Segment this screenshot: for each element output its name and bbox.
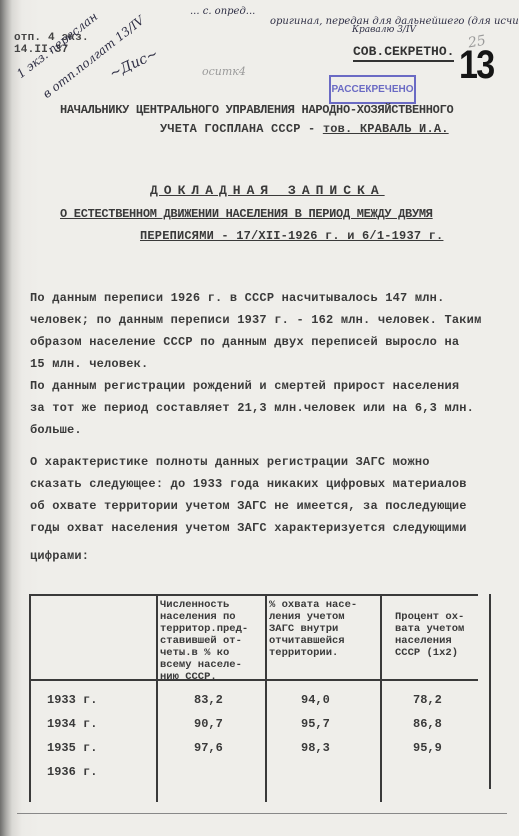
addressee-line1: НАЧАЛЬНИКУ ЦЕНТРАЛЬНОГО УПРАВЛЕНИЯ НАРОД…: [60, 103, 453, 117]
table-header-rule: [29, 679, 478, 681]
handwritten-top-line3: Кравалю 3/IV: [352, 25, 416, 35]
row-year: 1935 г.: [47, 741, 97, 755]
paragraph-2-line2: за тот же период составляет 21,3 млн.чел…: [30, 402, 474, 414]
row-year: 1936 г.: [47, 765, 97, 779]
table-header-zags-coverage: % охвата насе- ления учетом ЗАГС внутри …: [269, 599, 357, 659]
stamp-text: РАССЕКРЕЧЕНО: [331, 84, 413, 95]
paragraph-2-line1: По данным регистрации рождений и смертей…: [30, 380, 459, 392]
paragraph-3-line2: сказать следующее: до 1933 года никаких …: [30, 478, 467, 490]
paragraph-1-line2: человек; по данным переписи 1937 г. - 16…: [30, 314, 481, 326]
table-bottom-rule: [17, 813, 507, 814]
coverage-table: Численность населения по территор.пред- …: [29, 594, 478, 814]
row-territory-share: 97,6: [194, 741, 223, 755]
declassified-stamp: РАССЕКРЕЧЕНО: [329, 75, 416, 104]
classification-label: СОВ.СЕКРЕТНО.: [353, 44, 454, 62]
row-ussr-coverage: 78,2: [413, 693, 442, 707]
paragraph-3-line5: цифрами:: [30, 550, 89, 562]
addressee-name: тов. КРАВАЛЬ И.А.: [323, 122, 449, 136]
sheet-number: 13: [459, 43, 493, 88]
paragraph-1-line4: 15 млн. человек.: [30, 358, 148, 370]
row-year: 1934 г.: [47, 717, 97, 731]
row-zags-coverage: 95,7: [301, 717, 330, 731]
paragraph-1-line1: По данным переписи 1926 г. в СССР насчит…: [30, 292, 444, 304]
document-page: отп. 4 экз. 14.II.37 1 экз. переслан в о…: [0, 0, 519, 836]
row-ussr-coverage: 86,8: [413, 717, 442, 731]
document-subtitle-line1: О ЕСТЕСТВЕННОМ ДВИЖЕНИИ НАСЕЛЕНИЯ В ПЕРИ…: [60, 207, 433, 221]
table-vline-4: [380, 594, 382, 802]
document-subtitle-line2: ПЕРЕПИСЯМИ - 17/XII-1926 г. и 6/1-1937 г…: [140, 229, 443, 243]
addressee-line2: УЧЕТА ГОСПЛАНА СССР - тов. КРАВАЛЬ И.А.: [160, 122, 449, 136]
table-top-rule: [29, 594, 478, 596]
row-year: 1933 г.: [47, 693, 97, 707]
table-header-territory-share: Численность населения по территор.пред- …: [160, 599, 248, 683]
table-vline-1: [29, 594, 31, 802]
handwritten-signature: ~Дис~: [107, 46, 161, 82]
paragraph-2-line3: больше.: [30, 424, 82, 436]
row-zags-coverage: 98,3: [301, 741, 330, 755]
table-vline-5: [489, 594, 491, 789]
row-zags-coverage: 94,0: [301, 693, 330, 707]
paragraph-3-line1: О характеристике полноты данных регистра…: [30, 456, 430, 468]
paragraph-1-line3: образом население СССР по данным двух пе…: [30, 336, 459, 348]
row-territory-share: 83,2: [194, 693, 223, 707]
row-territory-share: 90,7: [194, 717, 223, 731]
handwritten-top-line1: ... с. опред...: [190, 6, 255, 17]
paragraph-3-line4: годы охват населения учетом ЗАГС характе…: [30, 522, 467, 534]
addressee-org: УЧЕТА ГОСПЛАНА СССР -: [160, 122, 323, 136]
table-vline-2: [156, 594, 158, 802]
row-ussr-coverage: 95,9: [413, 741, 442, 755]
paragraph-3-line3: об охвате территории учетом ЗАГС не имее…: [30, 500, 467, 512]
document-title: ДОКЛАДНАЯ ЗАПИСКА: [150, 183, 385, 198]
table-header-ussr-coverage: Процент ох- вата учетом населения СССР (…: [395, 611, 464, 659]
pencil-archive-number: оситк4: [202, 65, 246, 78]
table-vline-3: [265, 594, 267, 802]
